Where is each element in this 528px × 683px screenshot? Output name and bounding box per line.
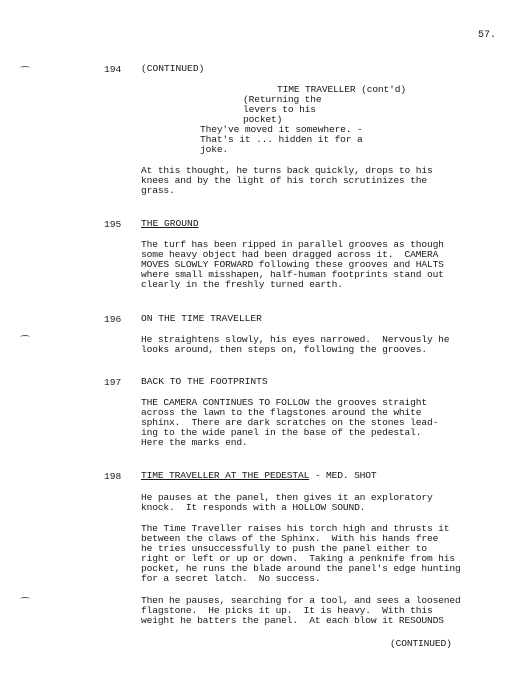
action-line: for a secret latch. No success.: [141, 574, 320, 584]
action-line: Here the marks end.: [141, 438, 248, 448]
scene-number: 194: [104, 64, 121, 75]
action-line: knees and by the light of his torch scru…: [141, 176, 427, 186]
scene-heading-shot: - MED. SHOT: [309, 470, 376, 481]
punch-hole-mark: [20, 597, 30, 601]
scene-heading: (CONTINUED): [141, 64, 501, 74]
action-line: knock. It responds with a HOLLOW SOUND.: [141, 503, 365, 513]
scene-number: 195: [104, 219, 121, 230]
continued-footer: (CONTINUED): [390, 639, 452, 649]
scene-heading: BACK TO THE FOOTPRINTS: [141, 377, 501, 387]
scene-number: 197: [104, 377, 121, 388]
script-page: 57. 194 (CONTINUED) TIME TRAVELLER (cont…: [0, 0, 528, 683]
action-line: clearly in the freshly turned earth.: [141, 280, 343, 290]
action-line: grass.: [141, 186, 175, 196]
punch-hole-mark: [20, 335, 30, 339]
scene-number: 196: [104, 314, 121, 325]
action-line: looks around, then steps on, following t…: [141, 345, 427, 355]
dialogue-line: joke.: [200, 145, 228, 155]
scene-heading-underlined: TIME TRAVELLER AT THE PEDESTAL: [141, 470, 309, 481]
scene-number: 198: [104, 471, 121, 482]
page-number: 57.: [478, 30, 496, 41]
punch-hole-mark: [20, 66, 30, 70]
scene-heading: ON THE TIME TRAVELLER: [141, 314, 501, 324]
scene-heading: TIME TRAVELLER AT THE PEDESTAL - MED. SH…: [141, 471, 377, 481]
action-line: weight he batters the panel. At each blo…: [141, 616, 444, 626]
scene-heading: THE GROUND: [141, 219, 199, 229]
